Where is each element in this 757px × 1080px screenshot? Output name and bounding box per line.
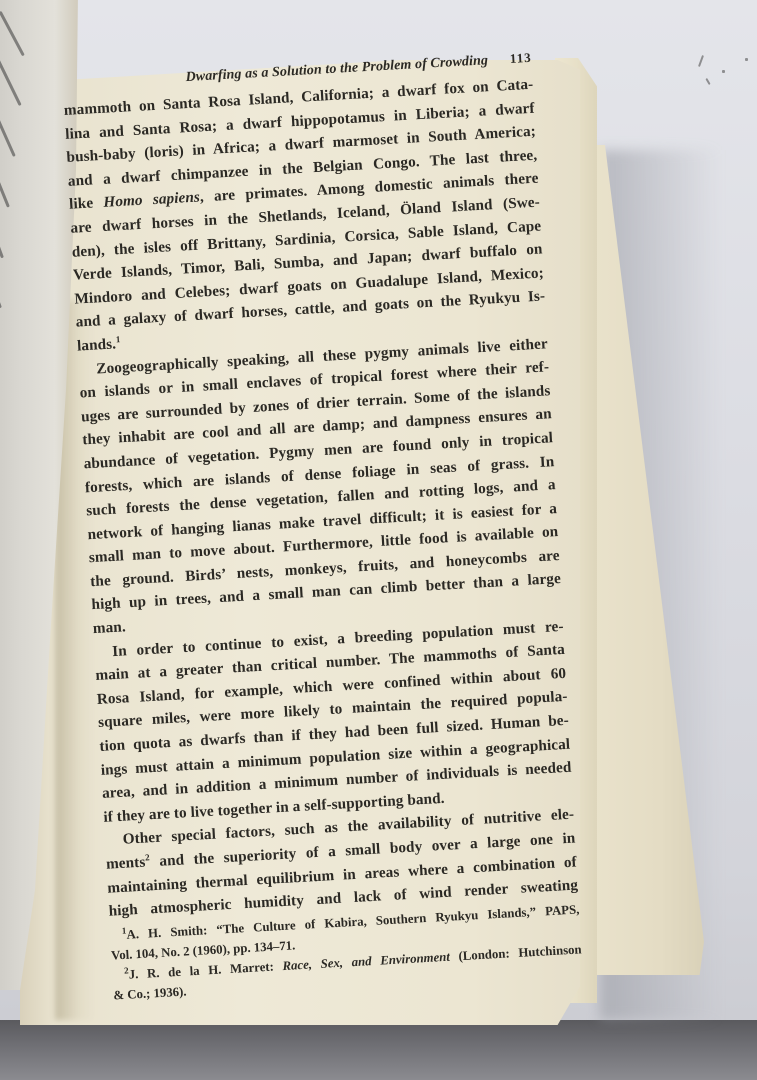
italic-term: Homo sapiens — [103, 189, 200, 211]
footnote-ref: 1 — [116, 334, 121, 344]
open-book: Dwarfing as a Solution to the Problem of… — [0, 0, 757, 1080]
text-span: lands. — [77, 335, 117, 354]
page-number: 113 — [510, 50, 533, 67]
paragraph-2: Zoogeographically speaking, all these py… — [78, 332, 563, 641]
left-page-text-blur — [0, 0, 50, 890]
page-text: Dwarfing as a Solution to the Problem of… — [62, 50, 583, 1006]
paragraph-1: mammoth on Santa Rosa Island, California… — [63, 73, 547, 358]
text-span: ments — [106, 854, 146, 873]
text-span: like — [69, 195, 94, 213]
paragraph-3: In order to continue to exist, a breedin… — [94, 615, 574, 830]
